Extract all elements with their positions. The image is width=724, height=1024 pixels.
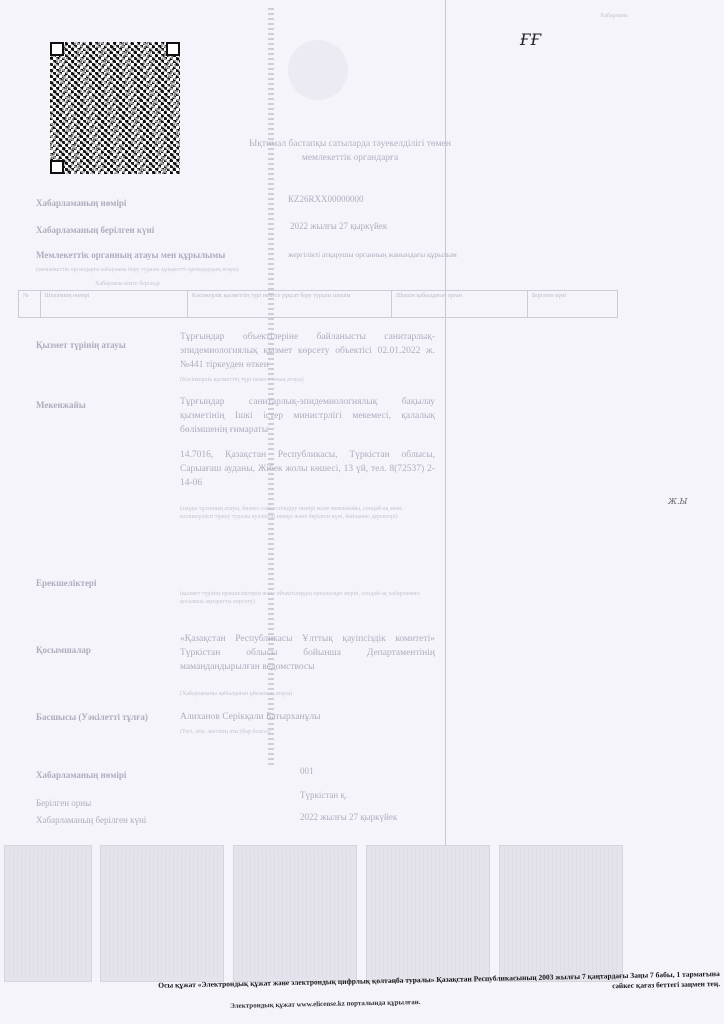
- qr-code: [50, 42, 180, 174]
- handwritten-mark-side: Ж.Ы: [668, 497, 687, 506]
- section-head-name: Алиханов Серікқали Батырханұлы: [180, 710, 435, 724]
- document-title: Ықтимал бастапқы сатыларда тәуекелділігі…: [210, 137, 490, 165]
- section-attachments-note: (Хабарламаны қабылдаған ұйымның атауы): [180, 690, 435, 698]
- column-divider: [445, 0, 446, 845]
- photo-panel: [499, 845, 623, 982]
- corner-header: Хабарлама: [600, 12, 628, 20]
- section-label-attachments: Қосымшалар: [36, 645, 91, 655]
- photo-panel: [233, 845, 357, 982]
- section-label-head: Басшысы (Уәкілетті тұлға): [36, 712, 148, 722]
- photo-panel: [100, 845, 224, 982]
- handwritten-mark-top: ҒҒ: [520, 30, 541, 49]
- section-activity-note: (Кәсіпкерлік қызметтің түрі немесе оның …: [180, 376, 435, 384]
- title-line-2: мемлекеттік органдарға: [210, 151, 490, 165]
- table-header-cell: Берілген күні: [527, 291, 617, 318]
- footer-label-date: Хабарламаның берілген күні: [36, 815, 146, 825]
- footer-value-number: 001: [300, 766, 314, 776]
- photo-panel: [4, 845, 92, 982]
- field-label-org: Мемлекеттік органның атауы мен құрылымы: [36, 250, 286, 260]
- section-head-note: (Тегі, аты, әкесінің аты (бар болса)): [180, 728, 435, 736]
- section-label-address: Мекенжайы: [36, 400, 86, 410]
- table-caption: Хабарлама кімге беріледі: [95, 280, 160, 288]
- decisions-table: № Шешімнің нөмірі Кәсіпкерлік қызметтің …: [18, 290, 618, 318]
- official-seal: [288, 40, 348, 100]
- section-address-note: (заңды тұлғаның атауы, бизнес-сәйкестенд…: [180, 505, 435, 521]
- title-line-1: Ықтимал бастапқы сатыларда тәуекелділігі…: [210, 137, 490, 151]
- legal-footer-text-2: Электрондық құжат www.elicense.kz портал…: [230, 998, 421, 1010]
- field-label-number: Хабарламаның нөмірі: [36, 198, 126, 208]
- footer-label-place: Берілген орны: [36, 798, 91, 808]
- field-value-org: жергілікті атқарушы органның жанындағы қ…: [288, 250, 458, 259]
- table-header-cell: Шешімнің нөмірі: [40, 291, 187, 318]
- field-value-number: КZ26RXX00000000: [288, 194, 364, 204]
- org-subnote: (мемлекеттік органдарға хабарлама беру т…: [36, 266, 716, 274]
- table-header-row: № Шешімнің нөмірі Кәсіпкерлік қызметтің …: [19, 291, 618, 318]
- field-label-date: Хабарламаның берілген күні: [36, 225, 154, 235]
- table-header-cell: Шешім қабылдаған орган: [392, 291, 528, 318]
- footer-value-date: 2022 жылғы 27 қыркүйек: [300, 812, 397, 822]
- section-activity-text: Тұрғындар объектілеріне байланысты санит…: [180, 330, 435, 372]
- footer-label-number: Хабарламаның нөмірі: [36, 770, 126, 780]
- section-address-text-1: Тұрғындар санитарлық-эпидемиологиялық ба…: [180, 395, 435, 437]
- section-features-note: (қызмет түрінің ерекшеліктерін және объе…: [180, 590, 435, 606]
- section-attachments-text: «Қазақстан Республикасы Ұлттық қауіпсізд…: [180, 632, 435, 674]
- footer-value-place: Түркістан қ.: [300, 790, 347, 800]
- section-address-text-2: 14.7016, Қазақстан Республикасы, Түркіст…: [180, 448, 435, 490]
- table-header-cell: №: [19, 291, 41, 318]
- table-header-cell: Кәсіпкерлік қызметтің түрі немесе рұқсат…: [187, 291, 391, 318]
- section-label-features: Ерекшеліктері: [36, 578, 96, 588]
- photo-panel: [366, 845, 490, 982]
- field-value-date: 2022 жылғы 27 қыркүйек: [290, 221, 387, 231]
- section-label-activity: Қызмет түрінің атауы: [36, 340, 126, 350]
